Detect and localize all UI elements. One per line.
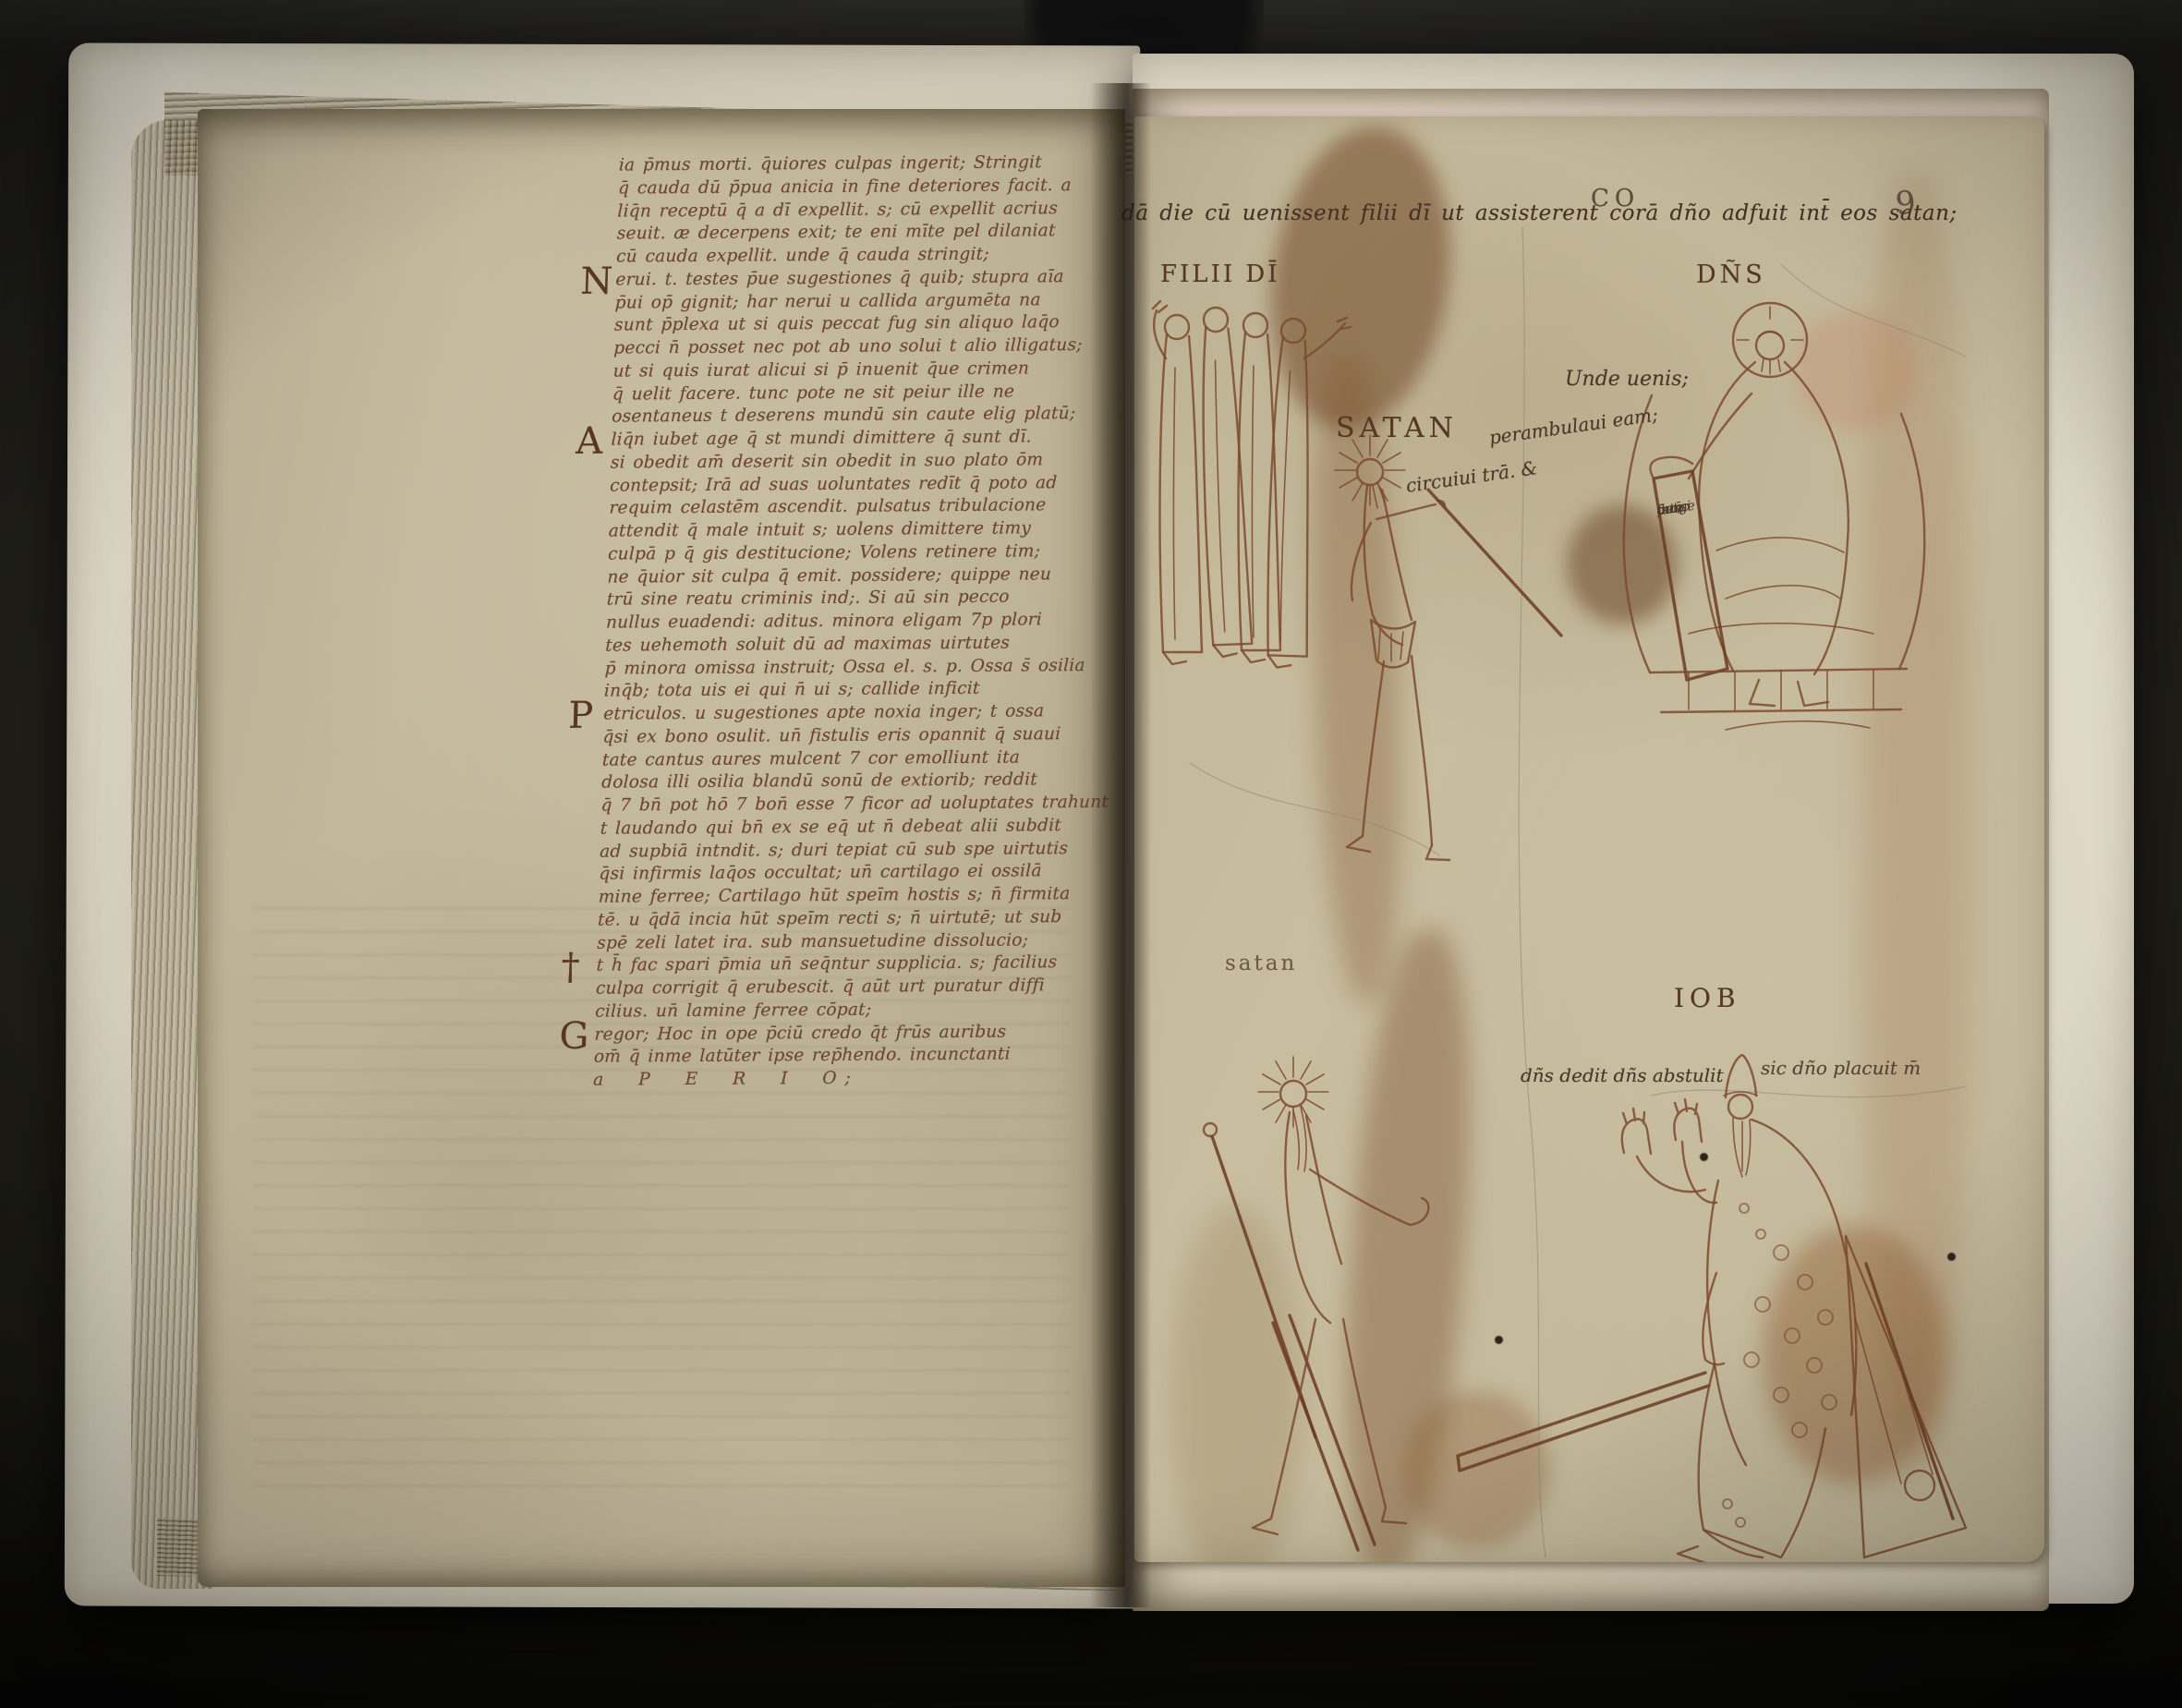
illuminated-initial: N [580, 262, 613, 299]
manuscript-line: culpa corrigit q̄ erubescit. q̄ aūt urt … [596, 975, 1031, 1000]
manuscript-line: q̄si infirmis laq̄os occultat; un̄ carti… [599, 861, 1034, 887]
manuscript-line: ia p̄mus morti. q̄uiores culpas ingerit;… [618, 151, 1053, 177]
pen-drawing [1134, 116, 2044, 1562]
manuscript-line: attendit q̄ male intuit s; uolens dimitt… [608, 517, 1043, 543]
manuscript-line: pecci n̄ posset nec pot ab uno solui t a… [613, 334, 1049, 360]
folio-number: 9 [1894, 184, 1918, 223]
manuscript-line: q̄ 7 bn̄ pot hō 7 bon̄ esse 7 ficor ad u… [600, 792, 1036, 818]
header-inscription: dā die cū uenissent filii dī ut assister… [1121, 201, 1958, 225]
label-satan-upper: SATAN [1336, 412, 1458, 444]
manuscript-line: culpā p q̄ gis destitucione; Volens reti… [608, 540, 1043, 566]
manuscript-line: osentaneus t deserens mundū sin caute el… [612, 404, 1047, 430]
manuscript-line: trū sine reatu criminis ind;. Si aū sin … [606, 587, 1041, 612]
manuscript-line: q̄ uelit facere. tunc pote ne sit peiur … [612, 381, 1048, 406]
manuscript-line: tes uehemoth soluit dū ad maximas uirtut… [605, 632, 1040, 658]
manuscript-photo: ia p̄mus morti. q̄uiores culpas ingerit;… [0, 0, 2182, 1708]
manuscript-line: inq̄b; tota uis ei qui n̄ ui s; callide … [604, 678, 1039, 704]
manuscript-line: ne q̄uior sit culpa q̄ emit. possidere; … [607, 563, 1042, 589]
job-figure [1622, 1055, 1966, 1562]
illuminated-initial: A [576, 423, 603, 460]
manuscript-line: t laudando qui bn̄ ex se eq̄ ut n̄ debea… [600, 815, 1035, 841]
manuscript-line: ad supbiā intndit. s; duri tepiat cū sub… [600, 838, 1035, 864]
illuminated-initial: G [559, 1017, 589, 1054]
manuscript-line: p̄ minora omissa instruit; Ossa el. s. p… [604, 655, 1039, 681]
manuscript-line: Gregor; Hoc in ope p̄ciū credo q̄t frūs … [594, 1021, 1029, 1047]
manuscript-line: dolosa illi osilia blandū sonū de extior… [601, 769, 1036, 795]
manuscript-line: cū cauda expellit. unde q̄ cauda stringi… [616, 243, 1051, 269]
manuscript-line: mine ferree; Cartilago hūt speīm hostis … [598, 883, 1033, 909]
gutter-shadow [1090, 83, 1151, 1607]
label-satan-lower: satan [1225, 951, 1297, 975]
caption-sic-domino: sic dño placuit m̄ [1761, 1057, 1921, 1079]
manuscript-line: om̄ q̄ inme latūter ipse rep̄hendo. incu… [594, 1044, 1029, 1070]
caption-unde-uenis: Unde uenis; [1565, 368, 1689, 391]
manuscript-line: q̄ cauda dū p̄pua anicia in fine deterio… [618, 175, 1053, 200]
manuscript-line: si obedit am̄ deserit sin obedit in suo … [611, 449, 1046, 475]
illuminated-initial: P [568, 697, 594, 734]
satan-figure-upper [1335, 435, 1561, 860]
manuscript-line: cilius. un̄ lamine ferree cōpat; [595, 998, 1030, 1024]
manuscript-line: sunt p̄plexa ut si quis peccat fug sin a… [614, 312, 1049, 338]
manuscript-line: ut si quis iurat alicui si p̄ inuenit q̄… [612, 357, 1048, 383]
manuscript-line: liq̄n receptū q̄ a dī expellit. s; cū ex… [617, 198, 1052, 224]
manuscript-text-column: ia p̄mus morti. q̄uiores culpas ingerit;… [593, 151, 1053, 1092]
manuscript-line: Petriculos. u sugestiones apte noxia ing… [603, 700, 1038, 726]
manuscript-line: †t h̄ fac spari p̄mia un̄ seq̄ntur suppl… [596, 952, 1031, 978]
manuscript-line: contepsit; Irā ad suas uoluntates redīt … [610, 472, 1045, 498]
illustrated-leaf [1134, 116, 2044, 1562]
label-sons-of-god: FILII DĪ [1160, 260, 1280, 288]
manuscript-line: tē. u q̄dā incia hūt speīm recti s; n̄ u… [598, 906, 1033, 932]
caption-dominus-dedit: dñs dedit dñs abstulit [1521, 1064, 1724, 1086]
manuscript-line: seuit. æ decerpens exit; te eni mīte pel… [616, 221, 1051, 247]
manuscript-line: p̄ui op̄ gignit; har nerui u callida arg… [614, 289, 1049, 315]
label-job: IOB [1674, 983, 1741, 1013]
manuscript-line: tate cantus aures mulcent 7 cor emolliun… [602, 746, 1037, 772]
manuscript-line: a P E R I O; [593, 1066, 1028, 1092]
scroll-line: fec; [1655, 500, 1682, 521]
manuscript-line: q̄si ex bono osulit. un̄ fistulis eris o… [602, 723, 1037, 749]
manuscript-line: requim celastēm ascendit. pulsatus tribu… [609, 495, 1044, 521]
label-lord: DÑS [1696, 260, 1766, 289]
satan-figure-lower [1204, 1057, 1709, 1550]
manuscript-line: nullus euadendi: aditus. minora eligam 7… [606, 609, 1041, 635]
manuscript-line: Nerui. t. testes p̄ue sugestiones q̄ qui… [615, 266, 1050, 292]
manuscript-line: spē zeli latet ira. sub mansuetudine dis… [597, 929, 1032, 955]
illuminated-initial: † [561, 949, 580, 986]
left-page: ia p̄mus morti. q̄uiores culpas ingerit;… [198, 109, 1125, 1587]
sons-of-god-figures [1153, 301, 1351, 669]
manuscript-line: Aliq̄n iubet age q̄ st mundi dimittere q… [611, 426, 1046, 452]
